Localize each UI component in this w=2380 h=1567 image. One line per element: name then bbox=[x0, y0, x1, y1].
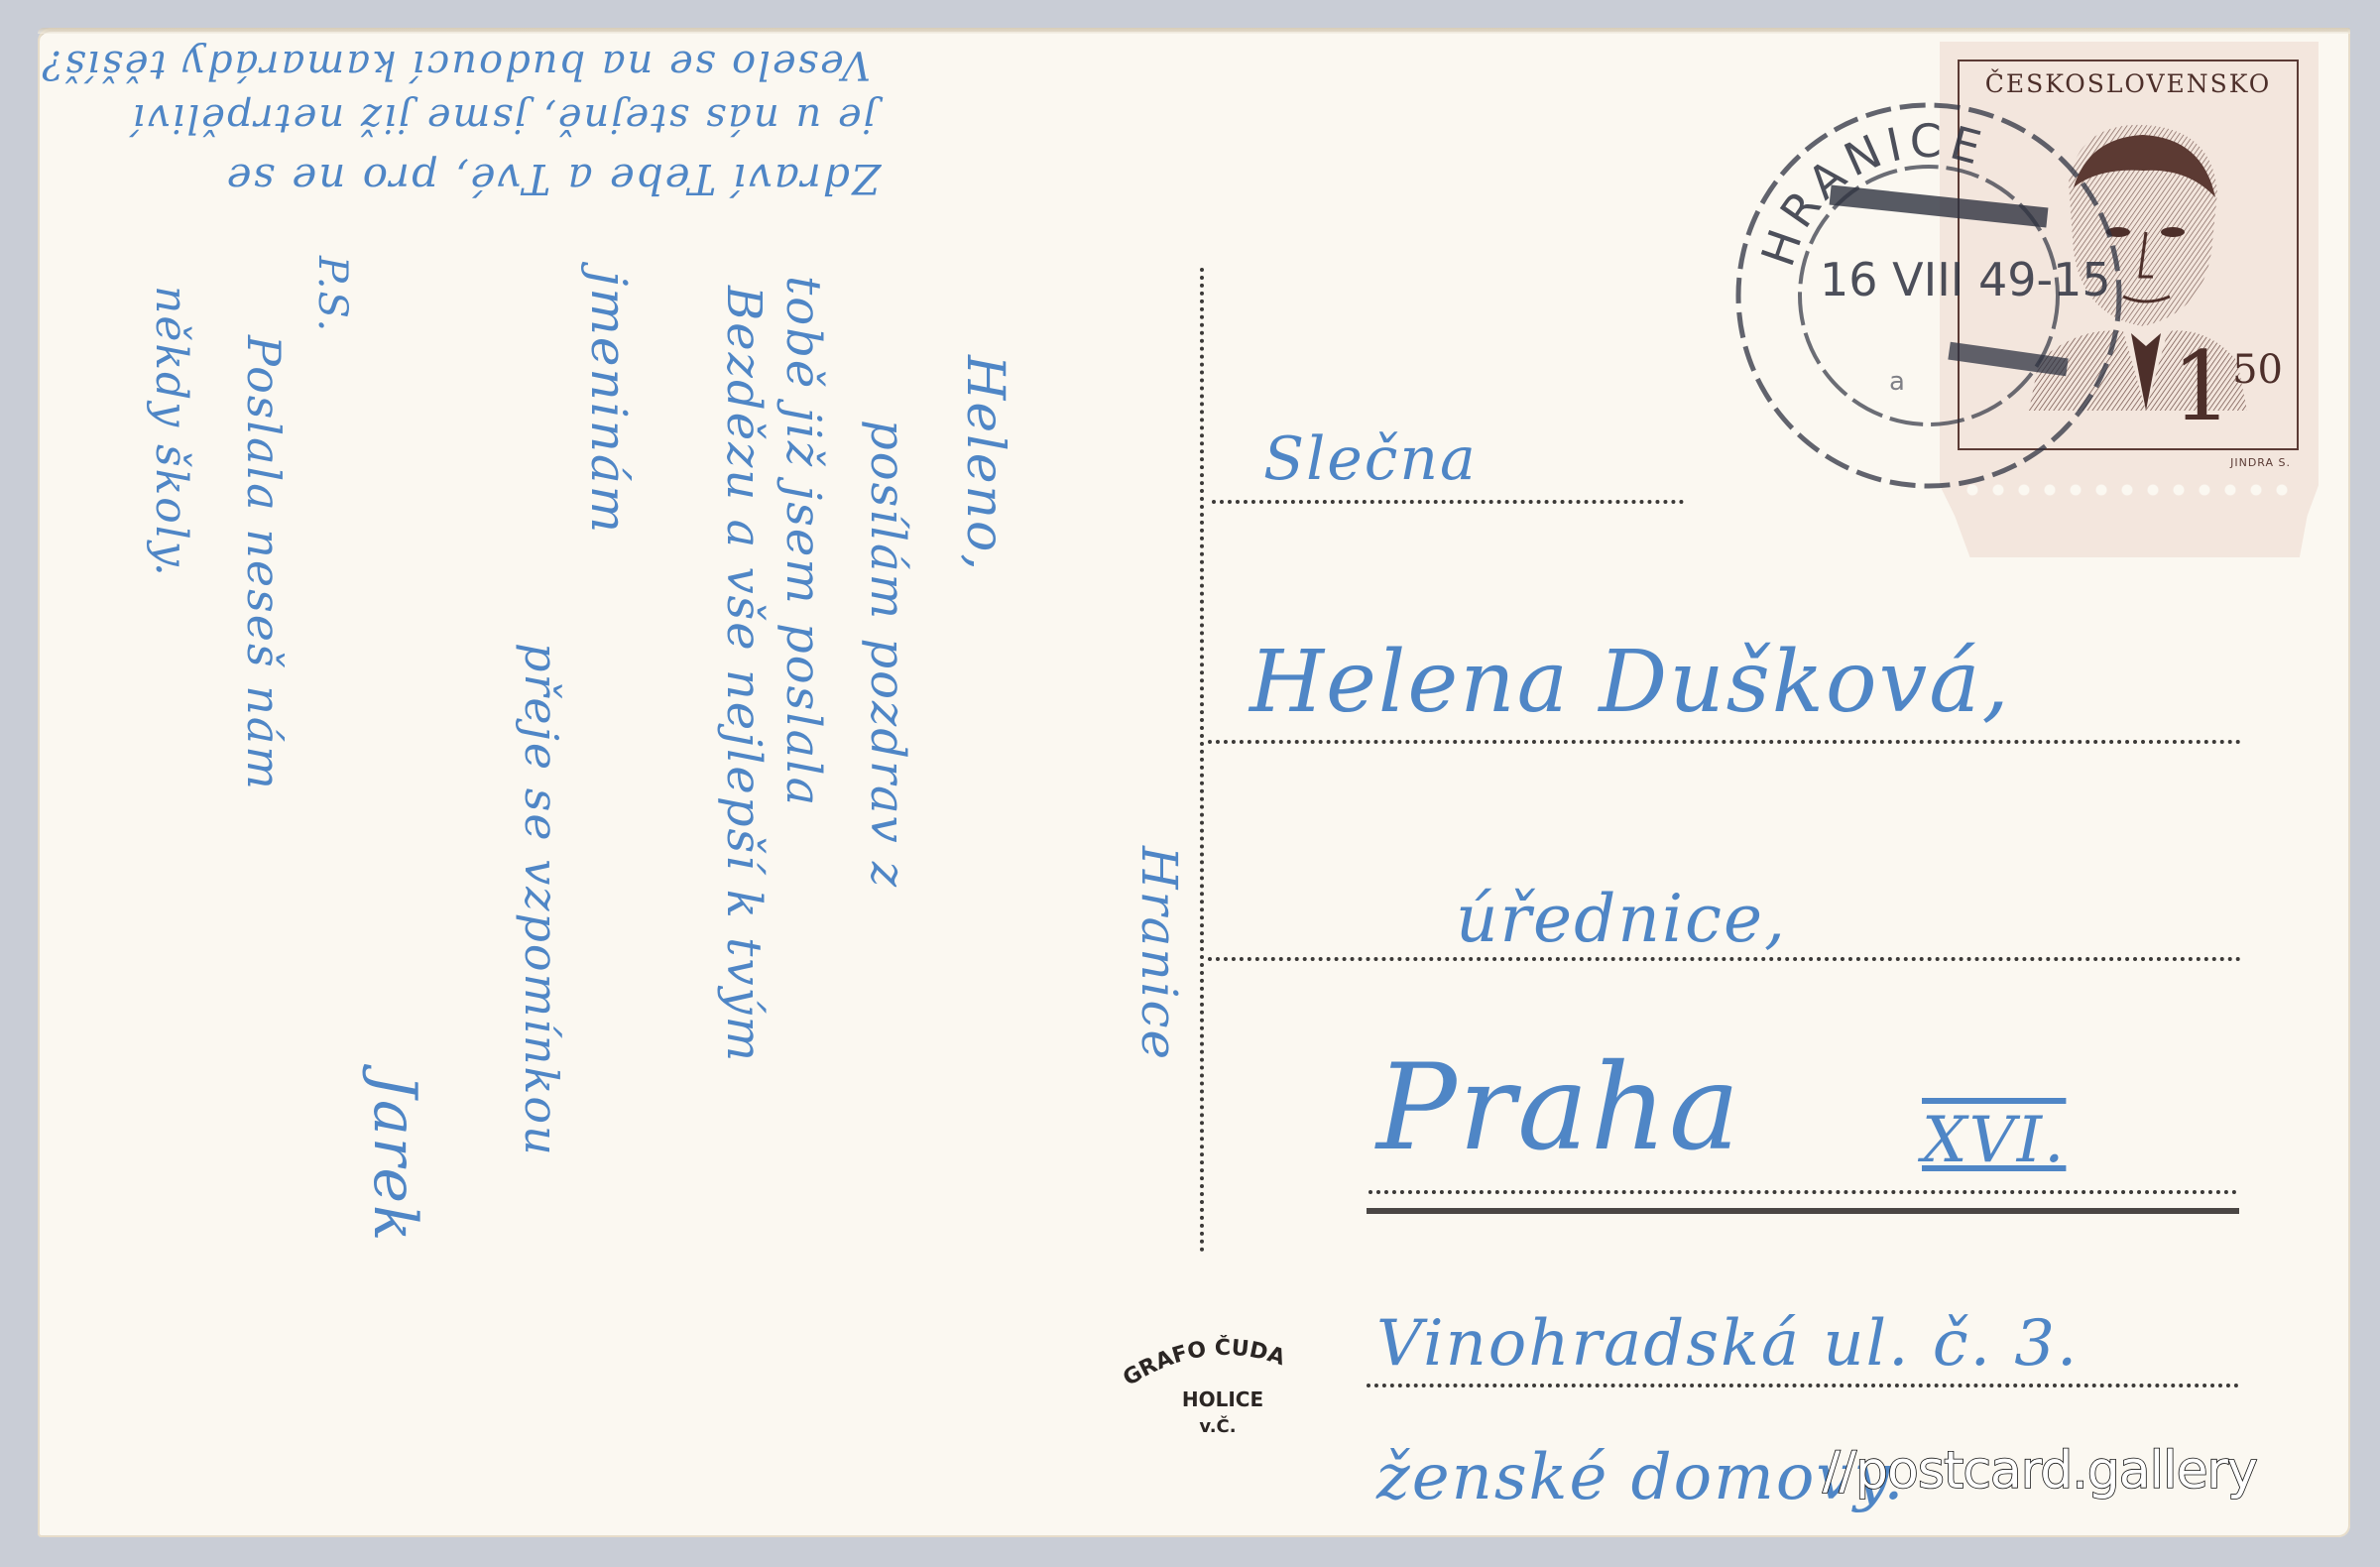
message-column-3: Bezdězu a vše nejlepší k tvým bbox=[716, 286, 772, 1063]
stamp-engraver: JINDRA S. bbox=[2230, 456, 2291, 469]
address-line-1 bbox=[1212, 500, 1684, 504]
address-street: Vinohradská ul. č. 3. bbox=[1376, 1307, 2079, 1381]
message-upside-line-3: Zdraví Tebe a Tvé, pro ne se bbox=[117, 155, 881, 203]
address-salutation: Slečna bbox=[1263, 424, 1478, 494]
svg-text:GRAFO ČUDA: GRAFO ČUDA bbox=[1119, 1335, 1288, 1391]
address-name: Helena Dušková, bbox=[1249, 633, 2011, 732]
address-line-4-underline bbox=[1367, 1208, 2239, 1214]
message-upside-line-1: Veselo se na budoucí kamarády těšíš? bbox=[107, 42, 871, 87]
vertical-divider bbox=[1200, 268, 1204, 1253]
message-column-5: přeje se vzpomínkou bbox=[515, 643, 568, 1157]
message-column-7: někdy školy. bbox=[146, 286, 196, 578]
postmark: HRANICE 16 VIII 49-15 a bbox=[1721, 87, 2137, 504]
svg-text:v.Č.: v.Č. bbox=[1199, 1415, 1236, 1437]
svg-text:HOLICE: HOLICE bbox=[1182, 1387, 1263, 1411]
address-district: XVI. bbox=[1922, 1104, 2066, 1177]
watermark: //postcard.gallery bbox=[1823, 1441, 2257, 1501]
svg-text:16 VIII 49-15: 16 VIII 49-15 bbox=[1820, 253, 2111, 306]
message-ps: P.S. bbox=[309, 256, 355, 333]
message-upside-line-2: je u nás stejně, jsme již netrpěliví bbox=[112, 95, 876, 141]
message-column-4: jmeninám bbox=[580, 271, 638, 535]
address-line-3 bbox=[1208, 957, 2241, 961]
address-city: Praha bbox=[1376, 1039, 1741, 1177]
message-greeting: Heleno, bbox=[955, 355, 1014, 572]
address-line-5 bbox=[1367, 1384, 2239, 1387]
message-column-1: posílám pozdrav z bbox=[860, 420, 915, 889]
address-line-2 bbox=[1208, 740, 2241, 744]
svg-text:a: a bbox=[1889, 367, 1905, 397]
message-column-6: Poslala neseš nám bbox=[237, 335, 291, 791]
message-place: Hranice bbox=[1130, 846, 1188, 1061]
address-occupation: úřednice, bbox=[1456, 881, 1787, 957]
address-line-4 bbox=[1368, 1190, 2237, 1194]
stamp-value: 150 bbox=[2172, 339, 2283, 434]
message-column-2: tobě již jsem poslala bbox=[775, 276, 831, 807]
printer-mark: GRAFO ČUDA HOLICE v.Č. bbox=[1119, 1335, 1327, 1444]
message-signature: Jarek bbox=[360, 1074, 429, 1243]
